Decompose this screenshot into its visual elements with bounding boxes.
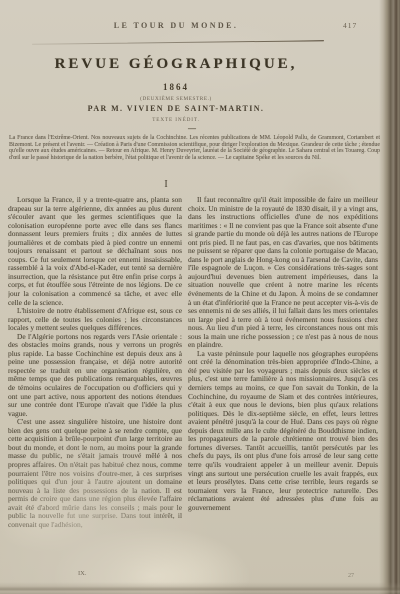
article-year: 1864 [0, 82, 352, 92]
text-column-right: Il faut reconnaître qu'il était impossib… [188, 196, 378, 570]
page-bottom-edge-shadow [0, 582, 400, 594]
summary-abstract: La France dans l'Extrême-Orient. Nos nou… [9, 135, 380, 161]
article-title: REVUE GÉOGRAPHIQUE, [0, 56, 352, 73]
text-note: TEXTE INÉDIT. [0, 117, 352, 123]
body-paragraph: Lorsque la France, il y a trente-quatre … [8, 196, 182, 307]
scanned-book-page: LE TOUR DU MONDE. 417 REVUE GÉOGRAPHIQUE… [0, 0, 400, 594]
body-paragraph: La vaste péninsule pour laquelle nos géo… [188, 350, 378, 512]
signature-mark: IX. [78, 570, 86, 577]
body-paragraph: Il faut reconnaître qu'il était impossib… [188, 196, 378, 350]
body-paragraph: De l'Algérie portons nos regards vers l'… [8, 333, 182, 418]
page-number: 417 [343, 21, 357, 30]
title-separator-dash: — [0, 124, 384, 133]
sheet-number: 27 [348, 573, 354, 579]
section-number: I [0, 179, 332, 190]
running-header-title: LE TOUR DU MONDE. [0, 21, 352, 30]
book-binding-shadow [379, 0, 400, 594]
body-paragraph: L'histoire de notre établissement d'Afri… [8, 307, 182, 333]
edition-note: (DEUXIÈME SEMESTRE.) [0, 96, 352, 102]
header-rule [32, 40, 324, 45]
author-byline: PAR M. VIVIEN DE SAINT-MARTIN. [0, 104, 352, 113]
body-paragraph: C'est une assez singulière histoire, une… [8, 418, 182, 529]
text-column-left: Lorsque la France, il y a trente-quatre … [8, 196, 182, 570]
